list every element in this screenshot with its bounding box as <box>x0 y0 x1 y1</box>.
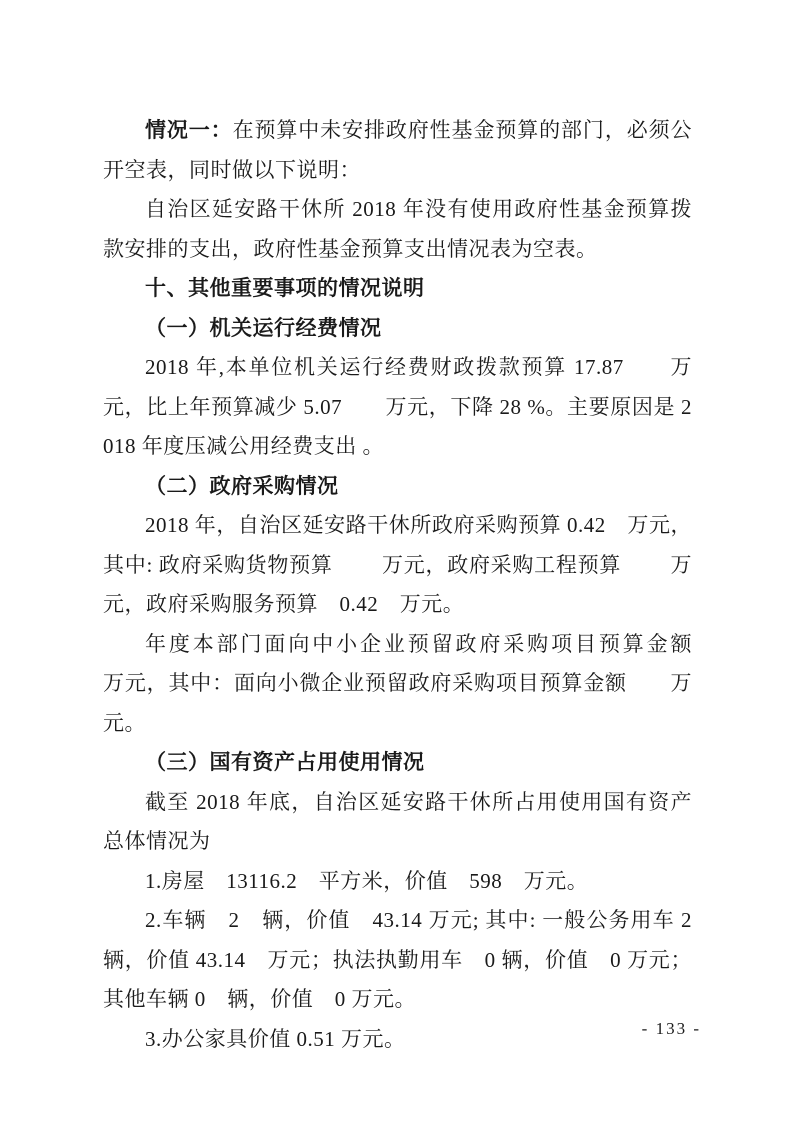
paragraph-procurement-budget: 2018 年，自治区延安路干休所政府采购预算 0.42 万元，其中: 政府采购货… <box>103 506 692 625</box>
heading-sub-gov-procurement: （二）政府采购情况 <box>103 467 692 507</box>
paragraph-asset-housing: 1.房屋 13116.2 平方米，价值 598 万元。 <box>103 862 692 902</box>
paragraph-operating-expense: 2018 年,本单位机关运行经费财政拨款预算 17.87 万元，比上年预算减少 … <box>103 348 692 467</box>
paragraph-gov-fund-note: 情况一：在预算中未安排政府性基金预算的部门，必须公开空表，同时做以下说明： <box>103 111 692 190</box>
paragraph-state-assets-intro: 截至 2018 年底，自治区延安路干休所占用使用国有资产总体情况为 <box>103 783 692 862</box>
paragraph-gov-fund-empty-table: 自治区延安路干休所 2018 年没有使用政府性基金预算拨款安排的支出，政府性基金… <box>103 190 692 269</box>
page-number: - 133 - <box>642 1018 701 1040</box>
paragraph-asset-furniture: 3.办公家具价值 0.51 万元。 <box>103 1020 692 1060</box>
paragraph-sme-reserve: 年度本部门面向中小企业预留政府采购项目预算金额 万元，其中：面向小微企业预留政府… <box>103 625 692 744</box>
heading-section-ten-other-matters: 十、其他重要事项的情况说明 <box>103 269 692 309</box>
paragraph-lead-situation-one: 情况一： <box>145 119 233 142</box>
heading-sub-operating-expense: （一）机关运行经费情况 <box>103 309 692 349</box>
paragraph-asset-vehicles: 2.车辆 2 辆，价值 43.14 万元; 其中: 一般公务用车 2 辆，价值 … <box>103 901 692 1020</box>
document-body: 情况一：在预算中未安排政府性基金预算的部门，必须公开空表，同时做以下说明： 自治… <box>103 111 692 1059</box>
document-page: 情况一：在预算中未安排政府性基金预算的部门，必须公开空表，同时做以下说明： 自治… <box>0 0 793 1122</box>
heading-sub-state-assets: （三）国有资产占用使用情况 <box>103 743 692 783</box>
